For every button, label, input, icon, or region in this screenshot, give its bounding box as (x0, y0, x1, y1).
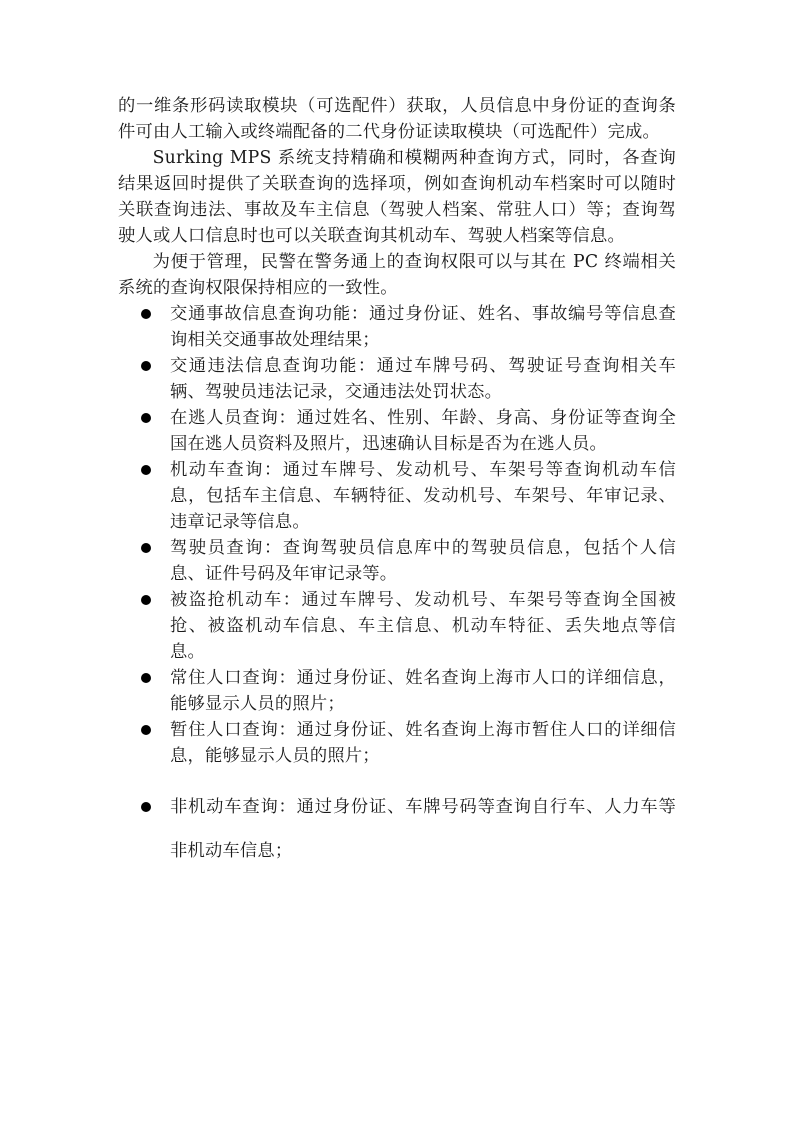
bullet-icon (141, 413, 151, 423)
paragraph-barcode-idcard: 的一维条形码读取模块（可选配件）获取，人员信息中身份证的查询条件可由人工输入或终… (118, 93, 676, 145)
bullet-icon (141, 802, 151, 812)
list-item-temporary-resident: 暂住人口查询：通过身份证、姓名查询上海市暂住人口的详细信息，能够显示人员的照片； (118, 717, 676, 769)
bullet-icon (141, 725, 151, 735)
paragraph-query-modes: Surking MPS 系统支持精确和模糊两种查询方式，同时，各查询结果返回时提… (118, 145, 676, 249)
list-item-traffic-violation: 交通违法信息查询功能：通过车牌号码、驾驶证号查询相关车辆、驾驶员违法记录，交通违… (118, 353, 676, 405)
list-item-fugitive: 在逃人员查询：通过姓名、性别、年龄、身高、身份证等查询全国在逃人员资料及照片，迅… (118, 405, 676, 457)
bullet-icon (141, 543, 151, 553)
bullet-icon (141, 673, 151, 683)
list-item-motor-vehicle: 机动车查询：通过车牌号、发动机号、车架号等查询机动车信息，包括车主信息、车辆特征… (118, 457, 676, 535)
paragraph-permissions: 为便于管理，民警在警务通上的查询权限可以与其在 PC 终端相关系统的查询权限保持… (118, 249, 676, 301)
bullet-icon (141, 361, 151, 371)
list-item-permanent-resident: 常住人口查询：通过身份证、姓名查询上海市人口的详细信息，能够显示人员的照片； (118, 665, 676, 717)
list-item-non-motor-vehicle: 非机动车查询：通过身份证、车牌号码等查询自行车、人力车等非机动车信息； (118, 785, 676, 873)
list-item-stolen-vehicle: 被盗抢机动车：通过车牌号、发动机号、车架号等查询全国被抢、被盗机动车信息、车主信… (118, 587, 676, 665)
document-page: 的一维条形码读取模块（可选配件）获取，人员信息中身份证的查询条件可由人工输入或终… (118, 93, 676, 873)
list-item-driver: 驾驶员查询：查询驾驶员信息库中的驾驶员信息，包括个人信息、证件号码及年审记录等。 (118, 535, 676, 587)
bullet-icon (141, 595, 151, 605)
bullet-icon (141, 465, 151, 475)
query-function-list: 交通事故信息查询功能：通过身份证、姓名、事故编号等信息查询相关交通事故处理结果；… (118, 301, 676, 873)
list-item-traffic-accident: 交通事故信息查询功能：通过身份证、姓名、事故编号等信息查询相关交通事故处理结果； (118, 301, 676, 353)
bullet-icon (141, 309, 151, 319)
